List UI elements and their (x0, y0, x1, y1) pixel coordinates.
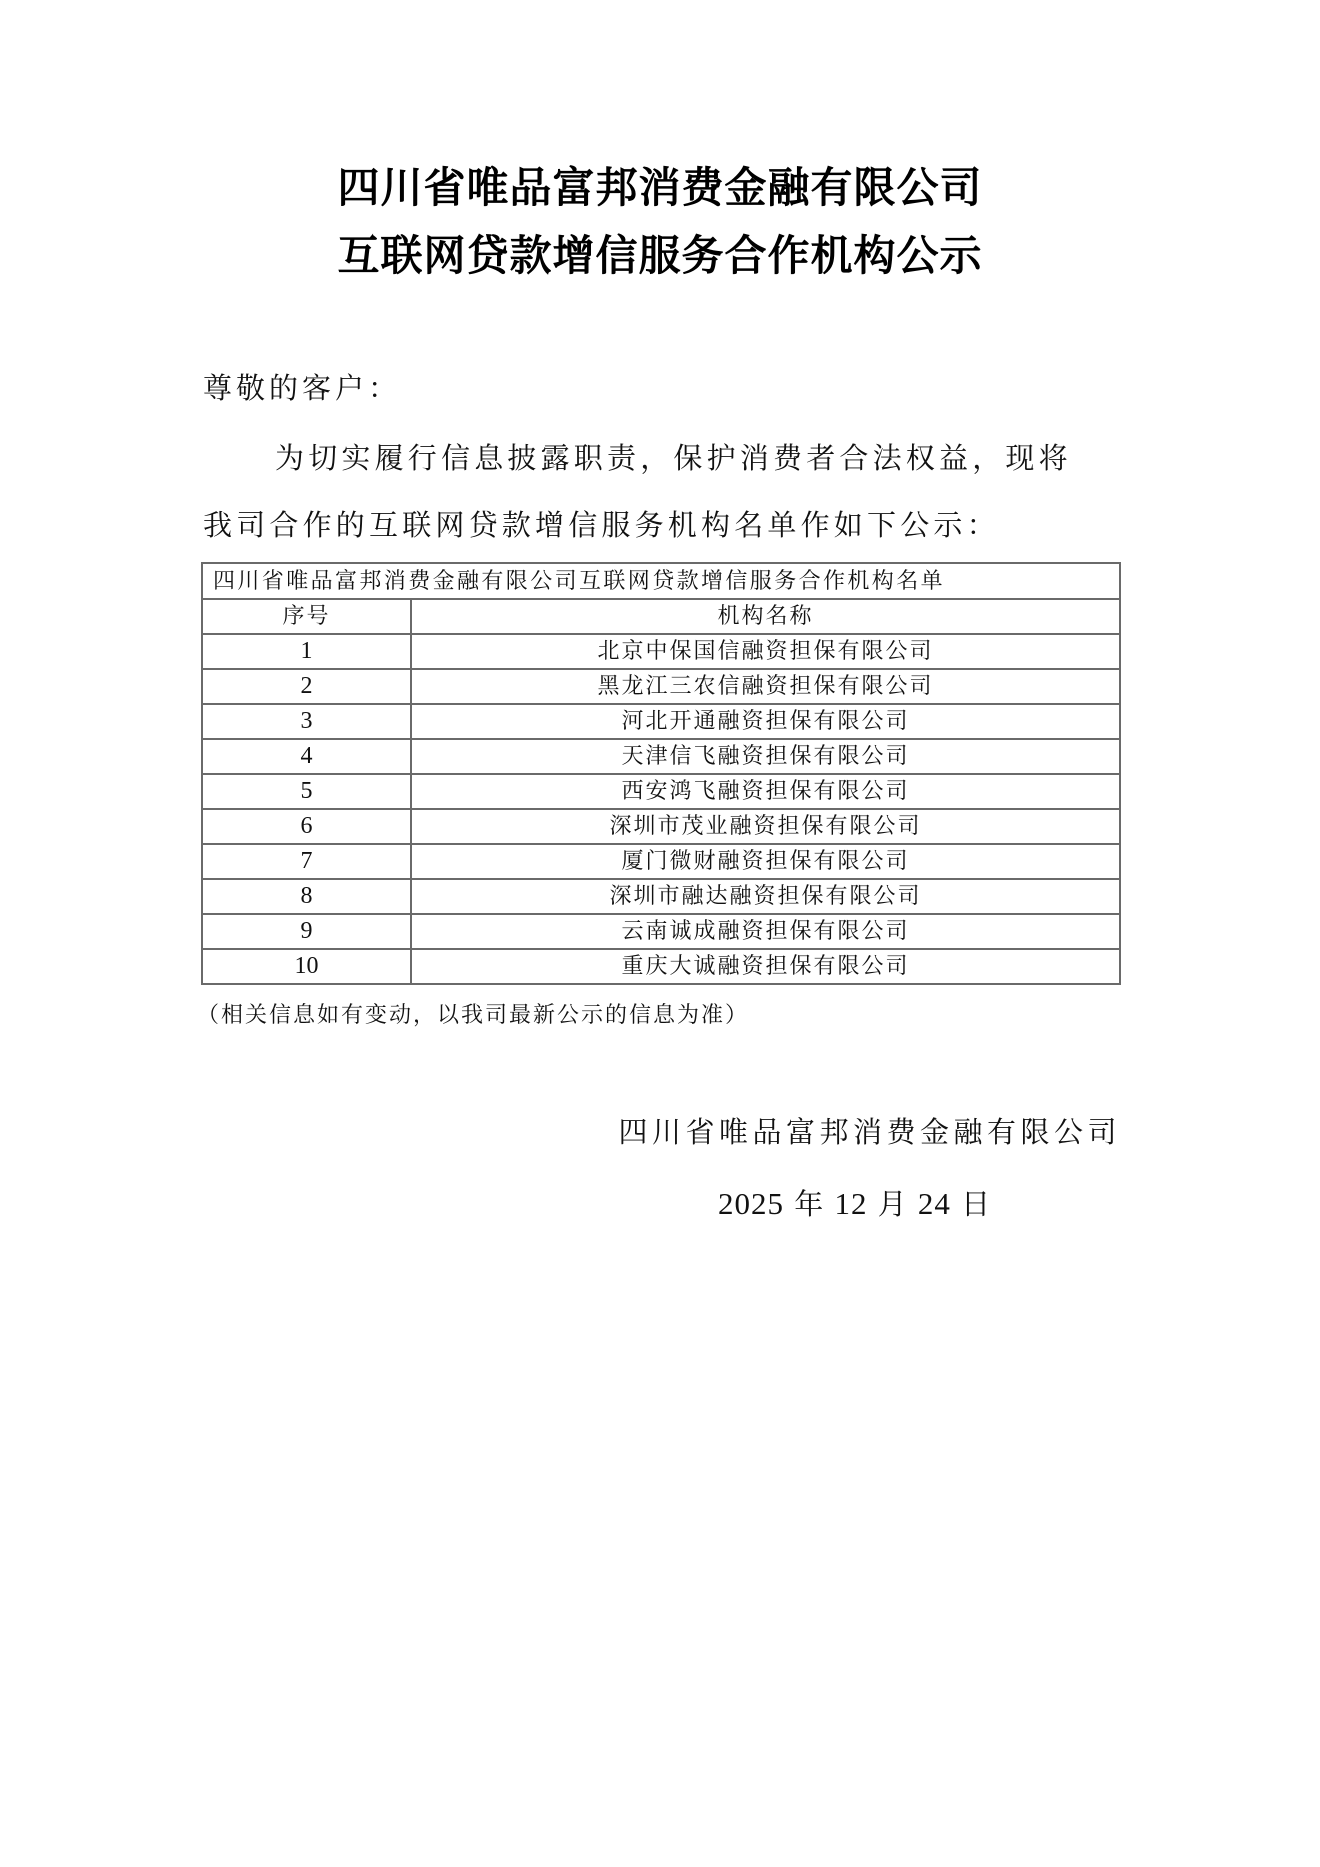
date-year-unit: 年 (794, 1187, 824, 1221)
row-number: 9 (202, 914, 411, 949)
institution-name: 深圳市融达融资担保有限公司 (411, 879, 1120, 914)
row-number: 6 (202, 809, 411, 844)
disclaimer-note: （相关信息如有变动，以我司最新公示的信息为准） (197, 1002, 749, 1030)
institution-name: 黑龙江三农信融资担保有限公司 (411, 669, 1120, 704)
table-row: 9 云南诚成融资担保有限公司 (202, 914, 1120, 949)
table-row: 8 深圳市融达融资担保有限公司 (202, 879, 1120, 914)
institution-name: 天津信飞融资担保有限公司 (411, 739, 1120, 774)
institution-name: 重庆大诚融资担保有限公司 (411, 949, 1120, 984)
row-number: 7 (202, 844, 411, 879)
table-caption-row: 四川省唯品富邦消费金融有限公司互联网贷款增信服务合作机构名单 (202, 563, 1120, 599)
institution-name: 深圳市茂业融资担保有限公司 (411, 809, 1120, 844)
salutation: 尊敬的客户： (203, 370, 401, 406)
table-row: 5 西安鸿飞融资担保有限公司 (202, 774, 1120, 809)
institution-name: 西安鸿飞融资担保有限公司 (411, 774, 1120, 809)
body-paragraph-line-1: 为切实履行信息披露职责，保护消费者合法权益，现将 (275, 440, 1195, 476)
institution-name: 云南诚成融资担保有限公司 (411, 914, 1120, 949)
header-institution-name: 机构名称 (411, 599, 1120, 634)
date-day: 24 (918, 1186, 951, 1221)
row-number: 8 (202, 879, 411, 914)
row-number: 4 (202, 739, 411, 774)
row-number: 2 (202, 669, 411, 704)
table-row: 1 北京中保国信融资担保有限公司 (202, 634, 1120, 669)
body-paragraph-line-2: 我司合作的互联网贷款增信服务机构名单作如下公示： (203, 507, 1123, 543)
institution-name: 厦门微财融资担保有限公司 (411, 844, 1120, 879)
table-row: 4 天津信飞融资担保有限公司 (202, 739, 1120, 774)
table-row: 2 黑龙江三农信融资担保有限公司 (202, 669, 1120, 704)
signature-date: 2025 年 12 月 24 日 (718, 1186, 991, 1222)
header-serial-number: 序号 (202, 599, 411, 634)
row-number: 3 (202, 704, 411, 739)
date-day-unit: 日 (961, 1187, 991, 1221)
institution-name: 河北开通融资担保有限公司 (411, 704, 1120, 739)
date-year: 2025 (718, 1186, 784, 1221)
title-company: 四川省唯品富邦消费金融有限公司 (0, 164, 1320, 212)
table-row: 10 重庆大诚融资担保有限公司 (202, 949, 1120, 984)
table-caption: 四川省唯品富邦消费金融有限公司互联网贷款增信服务合作机构名单 (202, 563, 1120, 599)
date-month: 12 (834, 1186, 867, 1221)
title-subject: 互联网贷款增信服务合作机构公示 (0, 232, 1320, 280)
partner-institution-table: 四川省唯品富邦消费金融有限公司互联网贷款增信服务合作机构名单 序号 机构名称 1… (201, 562, 1121, 985)
table-row: 3 河北开通融资担保有限公司 (202, 704, 1120, 739)
signature-company: 四川省唯品富邦消费金融有限公司 (618, 1114, 1121, 1150)
institution-name: 北京中保国信融资担保有限公司 (411, 634, 1120, 669)
row-number: 5 (202, 774, 411, 809)
table-row: 7 厦门微财融资担保有限公司 (202, 844, 1120, 879)
table-header-row: 序号 机构名称 (202, 599, 1120, 634)
date-month-unit: 月 (878, 1187, 908, 1221)
row-number: 10 (202, 949, 411, 984)
table-row: 6 深圳市茂业融资担保有限公司 (202, 809, 1120, 844)
row-number: 1 (202, 634, 411, 669)
